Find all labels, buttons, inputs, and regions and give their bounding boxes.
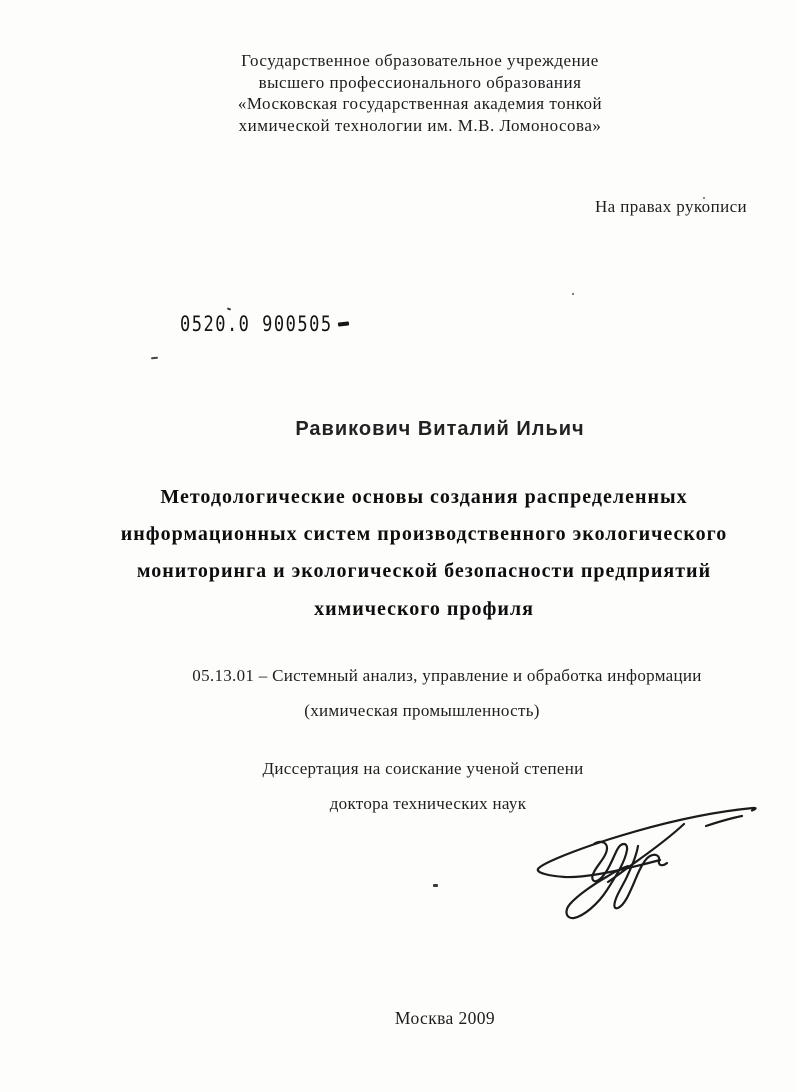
scan-speck — [572, 293, 574, 295]
title-line-2: информационных систем производственного … — [121, 523, 728, 546]
scan-speck — [703, 197, 705, 199]
imprint-city-year: Москва 2009 — [395, 1008, 495, 1029]
degree-line-1: Диссертация на соискание ученой степени — [263, 759, 584, 779]
institution-line-1: Государственное образовательное учрежден… — [241, 51, 599, 71]
scan-speck — [227, 307, 231, 310]
title-line-4: химического профиля — [314, 598, 534, 621]
author-name: Равикович Виталий Ильич — [295, 418, 584, 441]
title-line-3: мониторинга и экологической безопасности… — [137, 560, 711, 583]
scan-speck — [151, 357, 158, 360]
specialty-field-line: (химическая промышленность) — [304, 701, 539, 721]
stamp-dash-mark — [338, 321, 349, 326]
title-line-1: Методологические основы создания распред… — [160, 486, 687, 509]
library-stamp-code: 0520.0 900505 — [180, 312, 333, 337]
manuscript-note: На правах рукописи — [595, 197, 747, 217]
signature-drawing — [510, 780, 796, 940]
degree-line-2: доктора технических наук — [330, 794, 527, 814]
institution-line-2: высшего профессионального образования — [259, 73, 582, 93]
institution-line-3: «Московская государственная академия тон… — [238, 94, 602, 114]
specialty-code-line: 05.13.01 – Системный анализ, управление … — [192, 666, 701, 686]
institution-line-4: химической технологии им. М.В. Ломоносов… — [239, 116, 602, 136]
scan-speck — [433, 884, 438, 887]
dissertation-title-page: Государственное образовательное учрежден… — [0, 0, 796, 1092]
author-signature — [510, 780, 796, 940]
